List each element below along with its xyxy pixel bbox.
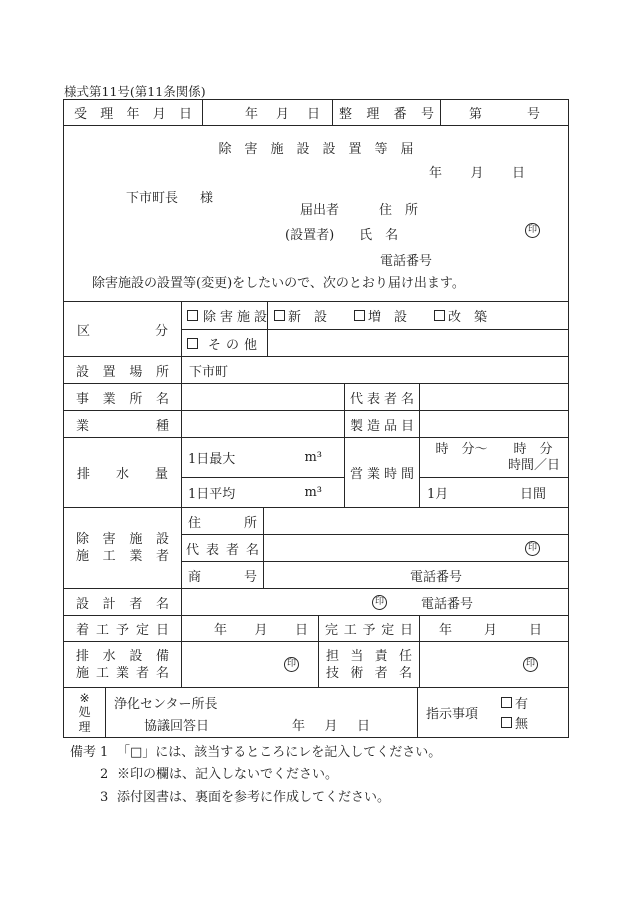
category-label-cell: 区分: [64, 302, 181, 356]
contractor-rep-label: 代表者名: [182, 539, 263, 558]
drainage-label-cell: 排水量: [64, 438, 181, 507]
applicant-role-sub-label: (設置者): [285, 228, 334, 243]
designer-label: 設計者名: [64, 593, 181, 612]
office-use-label-char2: 処: [78, 705, 90, 720]
hours-label-cell: 営業時間: [344, 438, 419, 507]
end-date-placeholder: 年 月 日: [420, 619, 568, 638]
category-other-detail-field[interactable]: [267, 330, 568, 356]
drain-contractor-label-line2: 施工業者名: [64, 665, 181, 682]
checkbox-sonota[interactable]: その他: [187, 334, 262, 353]
contractor-trade-label-cell: 商号: [182, 562, 263, 588]
ref-number-format: 第 号: [441, 103, 568, 122]
hours-range-field[interactable]: 時 分～ 時 分 時間／日: [420, 438, 568, 477]
receipt-row: 受理年月日 年 月 日 整理番号 第 号: [64, 100, 568, 125]
instructions-options: 有 無: [501, 693, 528, 732]
contractor-rep-label-cell: 代表者名: [182, 535, 263, 561]
designer-label-cell: 設計者名: [64, 589, 181, 615]
location-row: 設置場所 下市町: [64, 356, 568, 383]
checkbox-kaichiku-label: 改 築: [448, 306, 487, 325]
receipt-date-field[interactable]: 年 月 日: [202, 100, 332, 125]
applicant-phone-label: 電話番号: [380, 250, 432, 269]
checkbox-box-icon: [187, 310, 198, 321]
month-label: 1月: [427, 483, 448, 502]
end-date-label-cell: 完工予定日: [318, 616, 419, 641]
designer-row: 設計者名 印 電話番号: [64, 588, 568, 615]
drainage-row: 排水量 1日最大 m³ 1日平均 m³ 営業時間: [64, 437, 568, 507]
category-label: 区分: [64, 320, 181, 339]
category-type-cell: 新 設 増 設 改 築: [267, 302, 568, 329]
applicant-role-label: 届出者: [300, 203, 339, 218]
office-rep-label: 代表者名: [345, 388, 419, 407]
checkbox-instructions-no[interactable]: 無: [501, 713, 528, 732]
reply-date-label: 協議回答日: [144, 715, 209, 734]
daily-avg-label: 1日平均: [188, 483, 235, 502]
checkbox-jogai-shisetsu[interactable]: 除害施設: [187, 306, 267, 325]
contractor-address-field[interactable]: [263, 508, 568, 534]
office-use-label-cell: ※ 処 理: [64, 688, 105, 737]
industry-label: 業種: [64, 415, 181, 434]
main-form-table: 受理年月日 年 月 日 整理番号 第 号 除害施設設置等届 年 月 日 下市町長…: [63, 99, 569, 738]
category-other-cell: その他: [182, 330, 267, 356]
hours-range-format: 時 分～ 時 分: [420, 442, 568, 458]
receipt-date-label-cell: 受理年月日: [64, 100, 202, 125]
instructions-cell: 指示事項 有 無: [417, 688, 568, 737]
ref-number-label-cell: 整理番号: [332, 100, 440, 125]
applicant-address-label: 住 所: [379, 203, 418, 218]
office-name-label: 事業所名: [64, 388, 181, 407]
submission-date-field[interactable]: 年 月 日: [429, 162, 525, 181]
checkbox-shinsetsu[interactable]: 新 設: [274, 306, 327, 325]
start-date-label: 着工予定日: [64, 619, 181, 638]
drain-contractor-row: 排水設備 施工業者名 印 担当責任 技術者名 印: [64, 641, 568, 687]
addressee-honorific: 様: [200, 191, 213, 206]
notes-label: 備考: [70, 742, 100, 764]
start-date-field[interactable]: 年 月 日: [181, 616, 318, 641]
contractor-address-label-cell: 住所: [182, 508, 263, 534]
drain-contractor-seal-icon: 印: [284, 657, 299, 672]
contractor-label-cell: 除害施設 施工業者: [64, 508, 181, 588]
category-row: 区分 除害施設 新 設: [64, 301, 568, 356]
products-label-cell: 製造品目: [344, 411, 419, 437]
location-value-field[interactable]: 下市町: [181, 357, 568, 383]
industry-label-cell: 業種: [64, 411, 181, 437]
ref-number-label: 整理番号: [333, 103, 440, 122]
checkbox-instructions-yes[interactable]: 有: [501, 693, 528, 712]
start-date-label-cell: 着工予定日: [64, 616, 181, 641]
office-rep-field[interactable]: [419, 384, 568, 410]
contractor-trade-label: 商号: [182, 566, 263, 585]
office-name-field[interactable]: [181, 384, 344, 410]
engineer-label-cell: 担当責任 技術者名: [318, 642, 419, 687]
note-text: 「□」には、該当するところにレを記入してください。: [117, 742, 441, 764]
drain-contractor-label-line1: 排水設備: [64, 648, 181, 665]
monthly-days-field[interactable]: 1月 日間: [420, 478, 568, 507]
location-label: 設置場所: [64, 361, 181, 380]
checkbox-box-icon: [434, 310, 445, 321]
engineer-field[interactable]: 印: [419, 642, 568, 687]
ref-number-field[interactable]: 第 号: [440, 100, 568, 125]
applicant-seal-icon: 印: [525, 223, 540, 238]
checkbox-sonota-label: その他: [208, 334, 262, 353]
engineer-label-line1: 担当責任: [319, 648, 419, 665]
declaration-statement: 除害施設の設置等(変更)をしたいので、次のとおり届け出ます。: [92, 272, 465, 291]
applicant-name-line: (設置者)氏 名: [285, 224, 398, 243]
designer-phone-label: 電話番号: [421, 593, 473, 612]
form-number-label: 様式第11号(第11条関係): [64, 82, 206, 100]
form-sheet: 様式第11号(第11条関係) 受理年月日 年 月 日 整理番号 第 号 除害施設…: [0, 0, 630, 915]
note-row-1: 備考 1 「□」には、該当するところにレを記入してください。: [70, 742, 441, 764]
daily-max-field[interactable]: 1日最大 m³: [182, 438, 344, 477]
hours-per-day-format: 時間／日: [420, 458, 568, 474]
unit-m3: m³: [304, 485, 322, 500]
location-value: 下市町: [189, 361, 228, 380]
start-date-placeholder: 年 月 日: [182, 619, 318, 638]
note-row-2: 2 ※印の欄は、記入しないでください。: [70, 764, 441, 786]
industry-row: 業種 製造品目: [64, 410, 568, 437]
receipt-date-placeholder: 年 月 日: [203, 103, 332, 122]
reply-date-field[interactable]: 年 月 日: [292, 715, 370, 734]
category-jogai-cell: 除害施設: [182, 302, 267, 329]
note-number: 1: [100, 742, 117, 764]
receipt-date-label: 受理年月日: [64, 103, 202, 122]
daily-avg-field[interactable]: 1日平均 m³: [182, 478, 344, 507]
title-section: 除害施設設置等届 年 月 日 下市町長様 届出者住 所 (設置者)氏 名 印 電…: [64, 125, 568, 301]
applicant-address-line: 届出者住 所: [300, 199, 418, 218]
checkbox-shinsetsu-label: 新 設: [288, 306, 327, 325]
checkbox-zousetsu[interactable]: 増 設: [354, 306, 407, 325]
note-text: 添付図書は、裏面を参考に作成してください。: [117, 787, 390, 809]
notes-label-spacer: [70, 787, 100, 809]
drain-contractor-field[interactable]: 印: [181, 642, 318, 687]
schedule-row: 着工予定日 年 月 日 完工予定日 年 月 日: [64, 615, 568, 641]
drainage-label: 排水量: [64, 463, 181, 482]
form-title: 除害施設設置等届: [64, 138, 568, 157]
instructions-yes-label: 有: [515, 693, 528, 712]
end-date-label: 完工予定日: [319, 619, 419, 638]
contractor-phone-field[interactable]: 電話番号: [263, 562, 568, 588]
note-number: 3: [100, 787, 117, 809]
engineer-seal-icon: 印: [523, 657, 538, 672]
office-use-label-char3: 理: [78, 720, 90, 735]
contractor-address-label: 住所: [182, 512, 263, 531]
contractor-row: 除害施設 施工業者 住所 代表者名 印: [64, 507, 568, 588]
instructions-label: 指示事項: [426, 703, 478, 722]
note-number: 2: [100, 764, 117, 786]
contractor-phone-label: 電話番号: [410, 566, 462, 585]
daily-max-label: 1日最大: [188, 448, 235, 467]
checkbox-box-icon: [501, 697, 512, 708]
engineer-label-line2: 技術者名: [319, 665, 419, 682]
checkbox-kaichiku[interactable]: 改 築: [434, 306, 487, 325]
consultation-cell: 浄化センター所長 協議回答日 年 月 日: [105, 688, 417, 737]
location-label-cell: 設置場所: [64, 357, 181, 383]
contractor-seal-icon: 印: [525, 541, 540, 556]
checkbox-box-icon: [274, 310, 285, 321]
designer-seal-icon: 印: [372, 595, 387, 610]
industry-field[interactable]: [181, 411, 344, 437]
end-date-field[interactable]: 年 月 日: [419, 616, 568, 641]
designer-name-field[interactable]: 印 電話番号: [181, 589, 568, 615]
office-label-cell: 事業所名: [64, 384, 181, 410]
office-row: 事業所名 代表者名: [64, 383, 568, 410]
note-row-3: 3 添付図書は、裏面を参考に作成してください。: [70, 787, 441, 809]
contractor-rep-field[interactable]: 印: [263, 535, 568, 561]
office-use-row: ※ 処 理 浄化センター所長 協議回答日 年 月 日 指示事項 有: [64, 687, 568, 737]
applicant-name-label: 氏 名: [359, 228, 398, 243]
notes-section: 備考 1 「□」には、該当するところにレを記入してください。 2 ※印の欄は、記…: [70, 742, 441, 809]
checkbox-jogai-label: 除害施設: [203, 306, 267, 325]
checkbox-box-icon: [501, 717, 512, 728]
center-head-label: 浄化センター所長: [114, 693, 217, 712]
addressee-name: 下市町長: [126, 191, 178, 206]
unit-m3: m³: [304, 450, 322, 465]
drain-contractor-label-cell: 排水設備 施工業者名: [64, 642, 181, 687]
hours-label: 営業時間: [345, 463, 419, 482]
checkbox-box-icon: [187, 338, 198, 349]
notes-label-spacer: [70, 764, 100, 786]
checkbox-box-icon: [354, 310, 365, 321]
checkbox-zousetsu-label: 増 設: [368, 306, 407, 325]
office-rep-label-cell: 代表者名: [344, 384, 419, 410]
instructions-no-label: 無: [515, 713, 528, 732]
office-use-label-char1: ※: [79, 691, 89, 706]
addressee-line: 下市町長様: [126, 187, 213, 206]
days-label: 日間: [520, 483, 546, 502]
products-field[interactable]: [419, 411, 568, 437]
note-text: ※印の欄は、記入しないでください。: [117, 764, 338, 786]
products-label: 製造品目: [345, 415, 419, 434]
contractor-label-line2: 施工業者: [64, 548, 181, 565]
contractor-label-line1: 除害施設: [64, 531, 181, 548]
